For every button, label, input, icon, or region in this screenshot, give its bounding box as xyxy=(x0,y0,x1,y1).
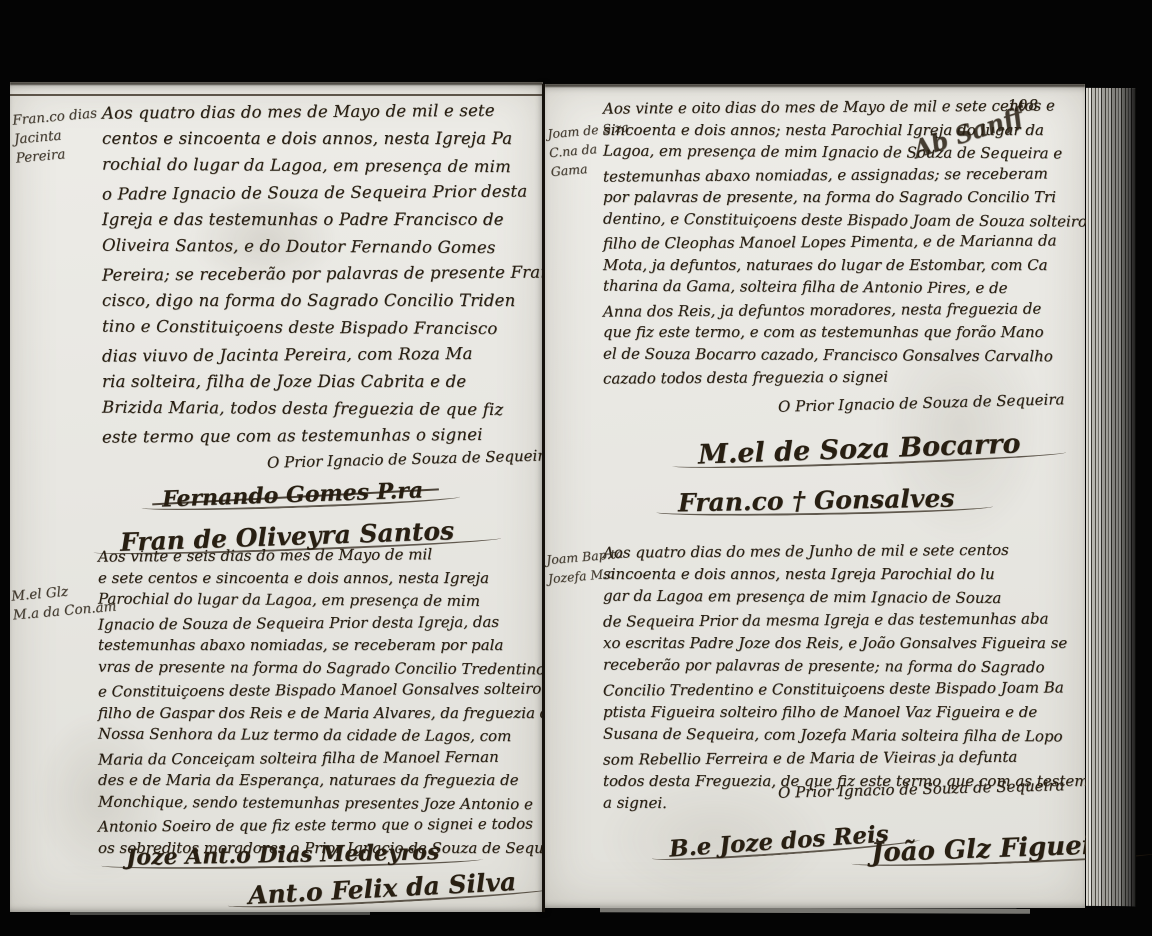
manuscript-text-line: Lagoa, em presença de mim Ignacio de Sou… xyxy=(603,140,1065,165)
manuscript-text-line: testemunhas abaxo nomiadas, se receberam… xyxy=(98,634,558,657)
manuscript-text-line: ptista Figueira solteiro filho de Manoel… xyxy=(603,701,1067,724)
manuscript-text-line: testemunhas abaxo nomiadas, e assignadas… xyxy=(603,162,1065,188)
witness-signature-with-cross: Fran.co † Gonsalves xyxy=(678,484,955,518)
manuscript-text-line: Monchique, sendo testemunhas presentes J… xyxy=(98,790,558,815)
book-fore-edge-pages xyxy=(1086,88,1136,906)
under-page-edge xyxy=(70,911,370,915)
left-page: Fran.co diasJacintaPereira Aos quatro di… xyxy=(10,82,543,912)
manuscript-text-line: Antonio Soeiro de que fiz este termo que… xyxy=(98,812,558,838)
manuscript-text-line: des e de Maria da Esperança, naturaes da… xyxy=(98,769,558,792)
manuscript-text-line: Gama xyxy=(550,158,603,181)
manuscript-text-line: rochial do lugar da Lagoa, em presença d… xyxy=(102,151,554,181)
manuscript-text-line: Susana de Sequeira, com Jozefa Maria sol… xyxy=(603,723,1067,749)
witness-signature: Fernando Gomes P.ra xyxy=(162,477,424,512)
witness-signature: B.e Joze dos Reis xyxy=(668,820,889,862)
manuscript-text-line: o Padre Ignacio de Souza de Sequeira Pri… xyxy=(102,177,554,207)
manuscript-text-line: Jozefa M.a xyxy=(547,565,602,589)
margin-note-names: M.el GlzM.a da Con.am xyxy=(11,580,96,625)
manuscript-text-line: xo escritas Padre Joze dos Reis, e João … xyxy=(603,632,1067,655)
under-page-edge xyxy=(600,907,1030,914)
margin-note-names: Joam Bap.taJozefa M.a xyxy=(545,546,602,589)
manuscript-text-line: Concilio Tredentino e Constituiçoens des… xyxy=(603,676,1067,702)
manuscript-text-line: Mota, ja defuntos, naturaes do lugar de … xyxy=(603,254,1065,277)
marriage-record-entry-4: Joam Bap.taJozefa M.a Aos quatro dias do… xyxy=(603,540,1067,904)
manuscript-text-line: Aos vinte e oito dias do mes de Mayo de … xyxy=(603,94,1065,120)
manuscript-text-line: cazado todos desta freguezia o signei xyxy=(603,364,1065,390)
record-body-text: Aos vinte e seis dias do mes de Mayo de … xyxy=(98,544,558,859)
manuscript-text-line: tharina da Gama, solteira filha de Anton… xyxy=(603,275,1065,300)
manuscript-text-line: Oliveira Santos, e do Doutor Fernando Go… xyxy=(102,232,554,262)
right-page: 108 Ab Sanff Joam de S.zaC.na daGama Aos… xyxy=(545,84,1085,908)
record-body-text: Aos vinte e oito dias do mes de Mayo de … xyxy=(603,96,1065,389)
witness-signature: João Glz Figueira xyxy=(871,830,1123,869)
manuscript-text-line: Parochial do lugar da Lagoa, em presença… xyxy=(98,588,558,613)
manuscript-text-line: centos e sincoenta e dois annos, nesta I… xyxy=(102,125,554,152)
manuscript-text-line: de Sequeira Prior da mesma Igreja e das … xyxy=(603,607,1067,633)
witness-signature: Joze Ant.o Dias Medeyros xyxy=(126,839,440,870)
manuscript-text-line: gar da Lagoa em presença de mim Ignacio … xyxy=(603,585,1067,611)
manuscript-text-line: Brizida Maria, todos desta freguezia de … xyxy=(102,394,554,424)
witness-signature: M.el de Soza Bocarro xyxy=(698,428,1021,470)
manuscript-text-line: Anna dos Reis, ja defuntos moradores, ne… xyxy=(603,297,1065,323)
manuscript-text-line: som Rebellio Ferreira e de Maria de Viei… xyxy=(603,745,1067,771)
marriage-record-entry-3: Joam de S.zaC.na daGama Aos vinte e oito… xyxy=(603,96,1065,540)
manuscript-text-line: Igreja e das testemunhas o Padre Francis… xyxy=(102,206,554,233)
manuscript-text-line: receberão por palavras de presente; na f… xyxy=(603,654,1067,680)
manuscript-text-line: Aos vinte e seis dias do mes de Mayo de … xyxy=(98,542,558,568)
manuscript-text-line: ria solteira, filha de Joze Dias Cabrita… xyxy=(102,368,554,395)
manuscript-text-line: el de Souza Bocarro cazado, Francisco Go… xyxy=(603,342,1065,367)
witness-signature: Ant.o Felix da Silva xyxy=(247,867,516,910)
manuscript-photograph: Fran.co diasJacintaPereira Aos quatro di… xyxy=(0,0,1152,936)
manuscript-text-line: Aos quatro dias do mes de Mayo de mil e … xyxy=(102,96,554,126)
manuscript-text-line: filho de Cleophas Manoel Lopes Pimenta, … xyxy=(603,229,1065,255)
priest-closing-line: O Prior Ignacio de Souza de Sequeira xyxy=(267,446,554,471)
manuscript-text-line: tino e Constituiçoens deste Bispado Fran… xyxy=(102,313,554,343)
manuscript-text-line: e sete centos e sincoenta e dois annos, … xyxy=(98,567,558,590)
manuscript-text-line: e Constituiçoens deste Bispado Manoel Go… xyxy=(98,677,558,703)
record-body-text: Aos quatro dias do mes de Junho de mil e… xyxy=(603,540,1067,816)
manuscript-text-line: dentino, e Constituiçoens deste Bispado … xyxy=(603,207,1065,232)
manuscript-text-line: cisco, digo na forma do Sagrado Concilio… xyxy=(102,287,554,314)
manuscript-text-line: vras de presente na forma do Sagrado Con… xyxy=(98,655,558,680)
margin-note-names: Joam de S.zaC.na daGama xyxy=(547,120,604,181)
manuscript-text-line: por palavras de presente, na forma do Sa… xyxy=(603,186,1065,209)
manuscript-text-line: que fiz este termo, e com as testemunhas… xyxy=(603,321,1065,344)
manuscript-text-line: este termo que com as testemunhas o sign… xyxy=(102,420,554,450)
manuscript-text-line: Maria da Conceiçam solteira filha de Man… xyxy=(98,745,558,771)
manuscript-text-line: sincoenta e dois annos, nesta Igreja Par… xyxy=(603,563,1067,586)
margin-note-names: Fran.co diasJacintaPereira xyxy=(12,104,101,168)
marriage-record-entry-1: Fran.co diasJacintaPereira Aos quatro di… xyxy=(102,98,554,544)
manuscript-text-line: Ignacio de Souza de Sequeira Prior desta… xyxy=(98,610,558,636)
manuscript-text-line: Pereira; se receberão por palavras de pr… xyxy=(102,258,554,288)
manuscript-text-line: sincoenta e dois annos; nesta Parochial … xyxy=(603,119,1065,142)
marriage-record-entry-2: M.el GlzM.a da Con.am Aos vinte e seis d… xyxy=(98,544,558,912)
manuscript-text-line: dias viuvo de Jacinta Pereira, com Roza … xyxy=(102,339,554,369)
manuscript-text-line: Nossa Senhora da Luz termo da cidade de … xyxy=(98,723,558,748)
priest-closing-line: O Prior Ignacio de Souza de Sequeira xyxy=(778,390,1065,415)
manuscript-text-line: filho de Gaspar dos Reis e de Maria Alva… xyxy=(98,702,558,725)
record-body-text: Aos quatro dias do mes de Mayo de mil e … xyxy=(102,98,554,449)
manuscript-text-line: Aos quatro dias do mes de Junho de mil e… xyxy=(603,538,1067,564)
